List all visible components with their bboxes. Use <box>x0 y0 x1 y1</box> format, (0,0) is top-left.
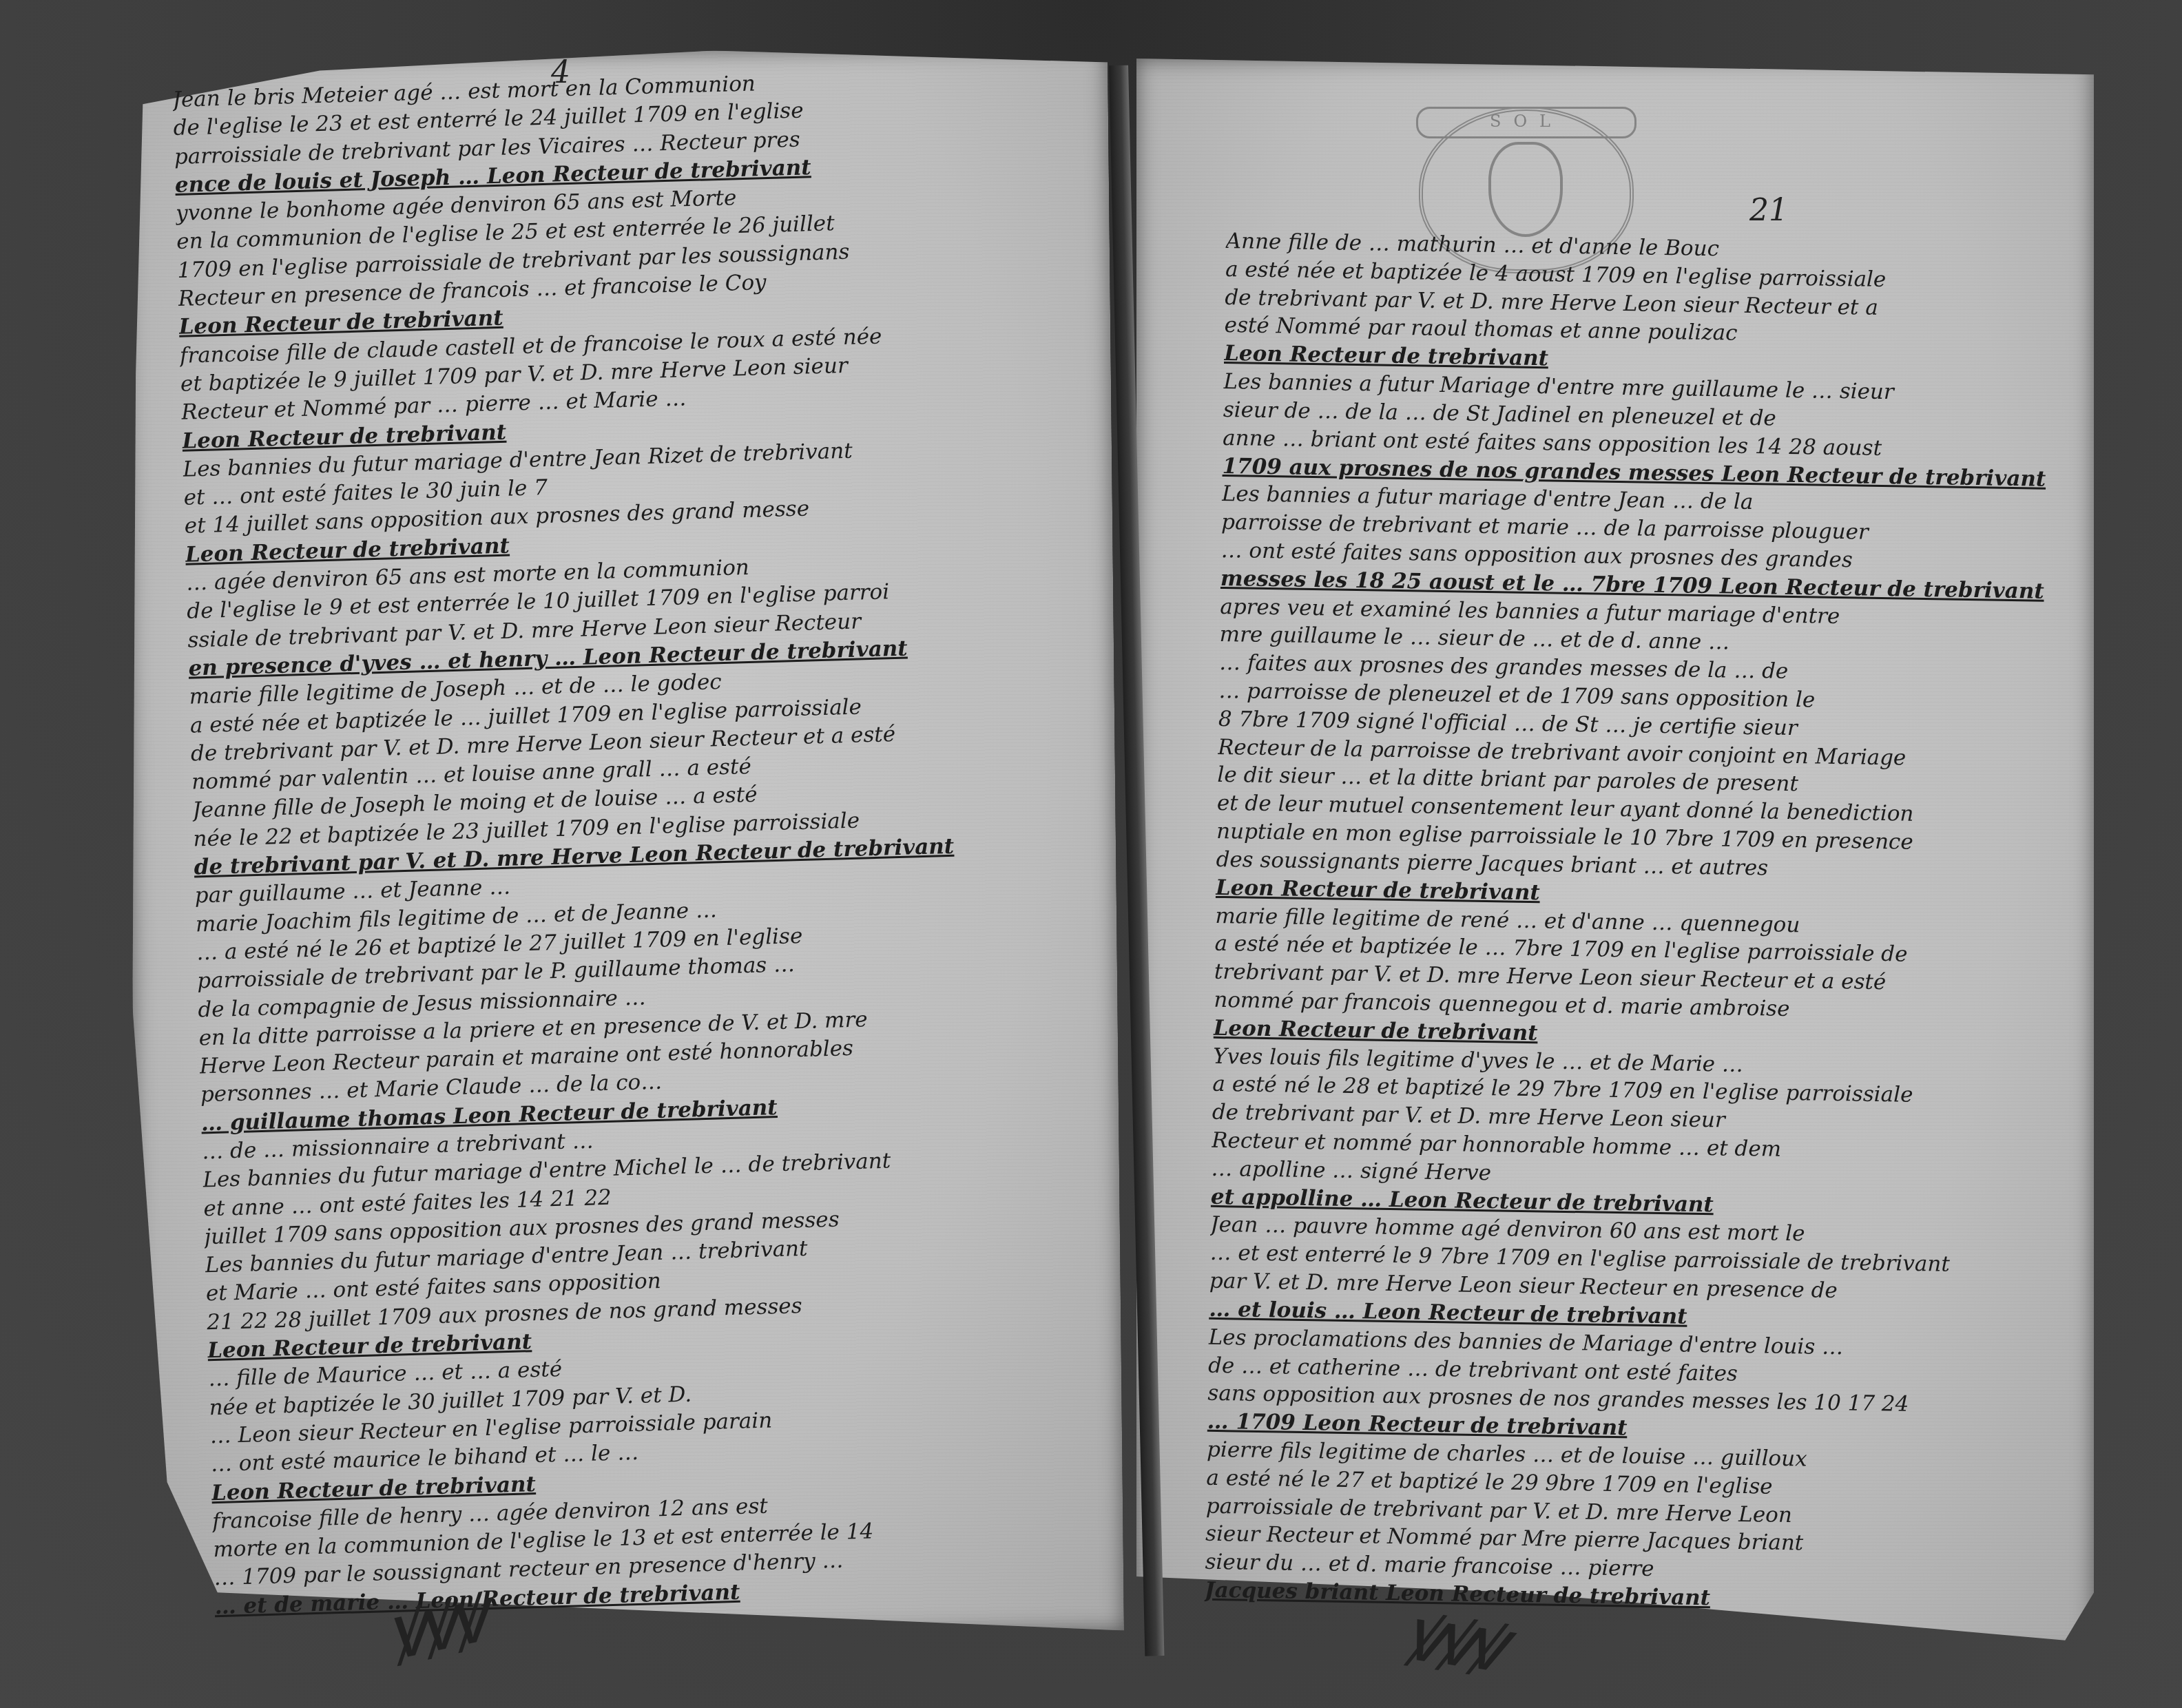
right-signature-paraph-icon: ꝟꝟꝟ <box>1398 1578 1506 1693</box>
right-page-text: Anne fille de … mathurin … et d'anne le … <box>1205 227 2066 1618</box>
left-page-text: Jean le bris Meteier agé … est mort en l… <box>172 61 1131 1621</box>
seal-banner: SOL <box>1416 107 1636 138</box>
right-folio-mark: 21 <box>1749 193 1788 228</box>
